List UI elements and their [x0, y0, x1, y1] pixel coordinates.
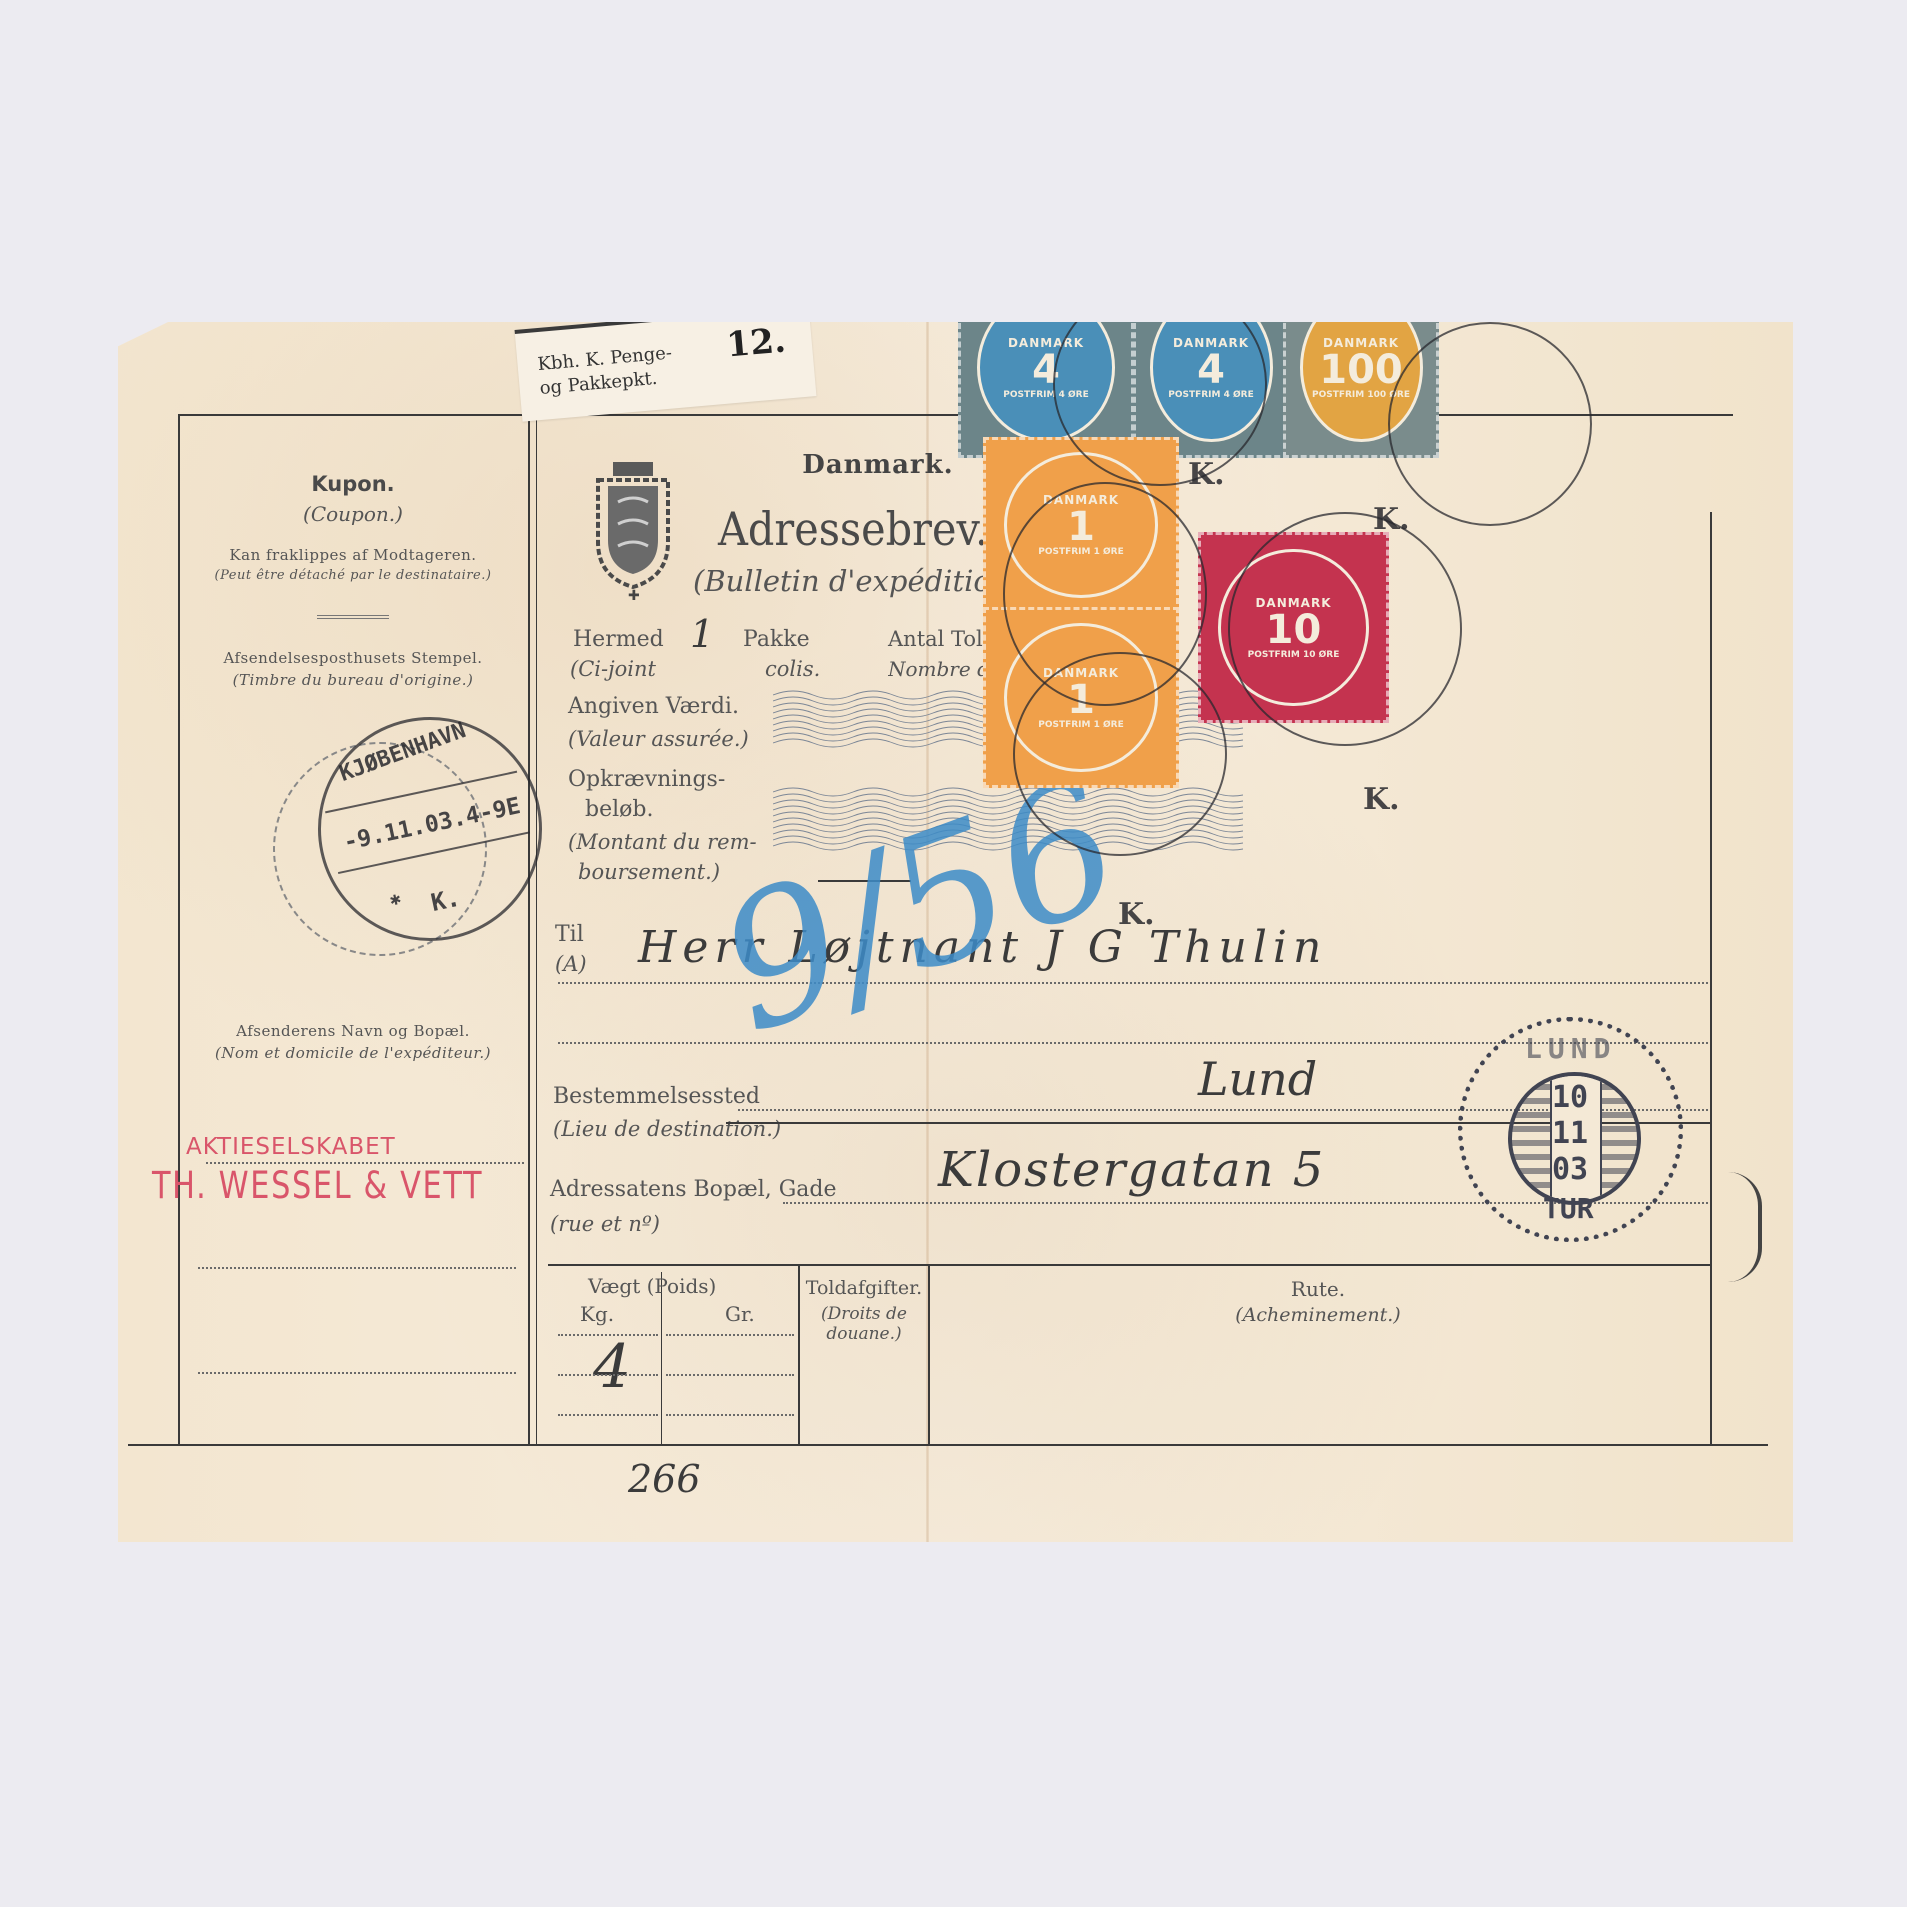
customs-header: Toldafgifter. [798, 1277, 930, 1299]
opkraev-label-2: beløb. [585, 797, 653, 822]
kg-line-2 [558, 1374, 658, 1376]
weight-header: Vægt (Poids) [588, 1274, 716, 1298]
coupon-note: Kan fraklippes af Modtageren. [188, 546, 518, 564]
coupon-divider [528, 414, 530, 1444]
sender-line-2 [198, 1267, 516, 1269]
gr-line-1 [666, 1334, 794, 1336]
coupon-divider-inner [536, 414, 537, 1444]
kg-value: 4 [593, 1332, 631, 1402]
frame-bottom [128, 1444, 1768, 1446]
sender-stamp-line2: TH. WESSEL & VETT [152, 1164, 483, 1207]
til-label-a: (A) [555, 952, 587, 976]
coupon-note-fr: (Peut être détaché par le destinataire.) [188, 568, 518, 583]
cancel-office-k3: K. [1363, 782, 1400, 817]
table-top-rule [548, 1264, 1710, 1266]
route-header-fr: (Acheminement.) [1168, 1304, 1468, 1326]
arrival-postmark: LUND 10 11 03 TUR [1458, 1017, 1683, 1242]
gr-header: Gr. [725, 1302, 755, 1326]
footer-number: 266 [628, 1457, 701, 1501]
svg-text:✚: ✚ [628, 588, 640, 604]
pencil-bracket [1728, 1172, 1762, 1282]
route-header: Rute. [1168, 1277, 1468, 1301]
opkraev-label-fr-1: (Montant du rem- [568, 830, 757, 854]
recipient-line-1 [558, 982, 1708, 984]
cancel-office-k4: K. [1118, 897, 1155, 932]
gr-line-2 [666, 1374, 794, 1376]
sender-line-3 [198, 1372, 516, 1374]
angiven-label: Angiven Værdi. [568, 694, 739, 719]
coupon-title: Kupon. [188, 472, 518, 496]
stamp-cancel-2 [1388, 322, 1592, 526]
parcel-dispatch-card: Kupon. (Coupon.) Kan fraklippes af Modta… [118, 322, 1793, 1542]
stamp-label-fr: (Timbre du bureau d'origine.) [188, 671, 518, 689]
gr-line-3 [666, 1414, 794, 1416]
angiven-label-fr: (Valeur assurée.) [568, 727, 749, 751]
label-slip: Kbh. K. Penge- og Pakkepkt. 12. [515, 304, 817, 421]
destination-value: Lund [1198, 1052, 1317, 1106]
stamp-cancel-5 [1013, 652, 1227, 856]
coupon-title-fr: (Coupon.) [188, 502, 518, 526]
kg-line-3 [558, 1414, 658, 1416]
hermed-label-fr: (Ci-joint [570, 657, 656, 681]
customs-header-fr: (Droits de douane.) [798, 1304, 930, 1344]
destination-label: Bestemmelsessted [553, 1084, 760, 1109]
sender-label-fr: (Nom et domicile de l'expéditeur.) [188, 1044, 518, 1062]
stamp-cancel-1 [1053, 282, 1267, 486]
hermed-value: 1 [690, 612, 714, 656]
hermed-label: Hermed [573, 627, 664, 652]
stamp-cancel-4 [1228, 512, 1462, 746]
street-label-fr: (rue et nº) [550, 1212, 660, 1236]
street-value: Klostergatan 5 [938, 1142, 1325, 1198]
sender-stamp-line1: AKTIESELSKABET [186, 1134, 396, 1160]
frame-right [1710, 512, 1712, 1444]
divider-double [317, 615, 389, 619]
stamp-label: Afsendelsesposthusets Stempel. [188, 649, 518, 667]
label-slip-number: 12. [725, 321, 787, 366]
kg-header: Kg. [580, 1302, 614, 1326]
destination-label-fr: (Lieu de destination.) [553, 1117, 781, 1141]
cancel-office-k1: K. [1188, 457, 1225, 492]
cancel-office-k2: K. [1373, 502, 1410, 537]
coat-of-arms-icon: ✚ [588, 462, 678, 612]
document-subtitle: (Bulletin d'expédition.) [693, 564, 1030, 598]
pakke-label-fr: colis. [765, 657, 820, 681]
frame-left [178, 414, 180, 1444]
pakke-label: Pakke [743, 627, 810, 652]
opkraev-label-1: Opkrævnings- [568, 767, 725, 792]
sender-label: Afsenderens Navn og Bopæl. [188, 1022, 518, 1040]
star-icon: ✱ [388, 888, 403, 911]
stamp-value: 100 [1319, 350, 1403, 390]
street-label: Adressatens Bopæl, Gade [550, 1177, 837, 1202]
kg-line-1 [558, 1334, 658, 1336]
til-label: Til [555, 922, 584, 947]
